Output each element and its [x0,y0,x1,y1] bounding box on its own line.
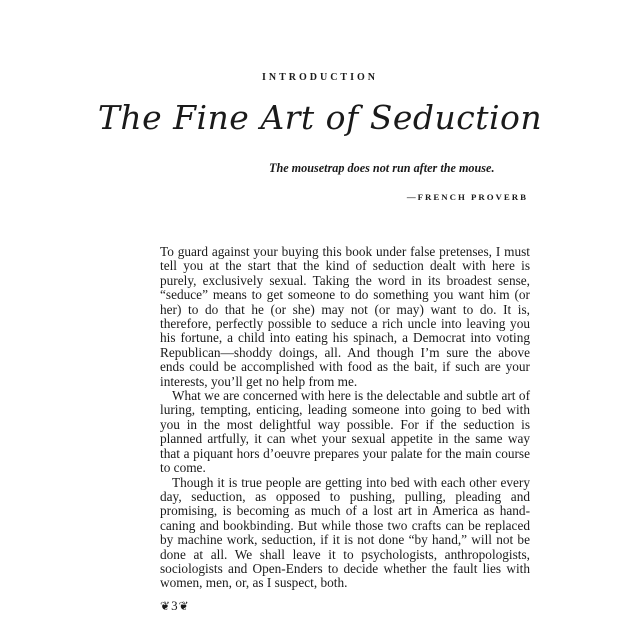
tree-ornament-icon: ❦ [179,599,189,614]
epigraph-attribution: —FRENCH PROVERB [407,192,528,202]
paragraph: To guard against your buying this book u… [160,245,530,389]
body-text: To guard against your buying this book u… [160,245,530,591]
page-number: 3 [171,598,178,614]
chapter-title: The Fine Art of Seduction [0,98,640,137]
paragraph: What we are concerned with here is the d… [160,389,530,475]
paragraph: Though it is true people are getting int… [160,476,530,591]
book-page: INTRODUCTION The Fine Art of Seduction T… [0,0,640,640]
epigraph-quote: The mousetrap does not run after the mou… [269,160,531,176]
page-folio: ❦ 3 ❦ [160,598,189,614]
chapter-label: INTRODUCTION [0,72,640,83]
tree-ornament-icon: ❦ [160,599,170,614]
